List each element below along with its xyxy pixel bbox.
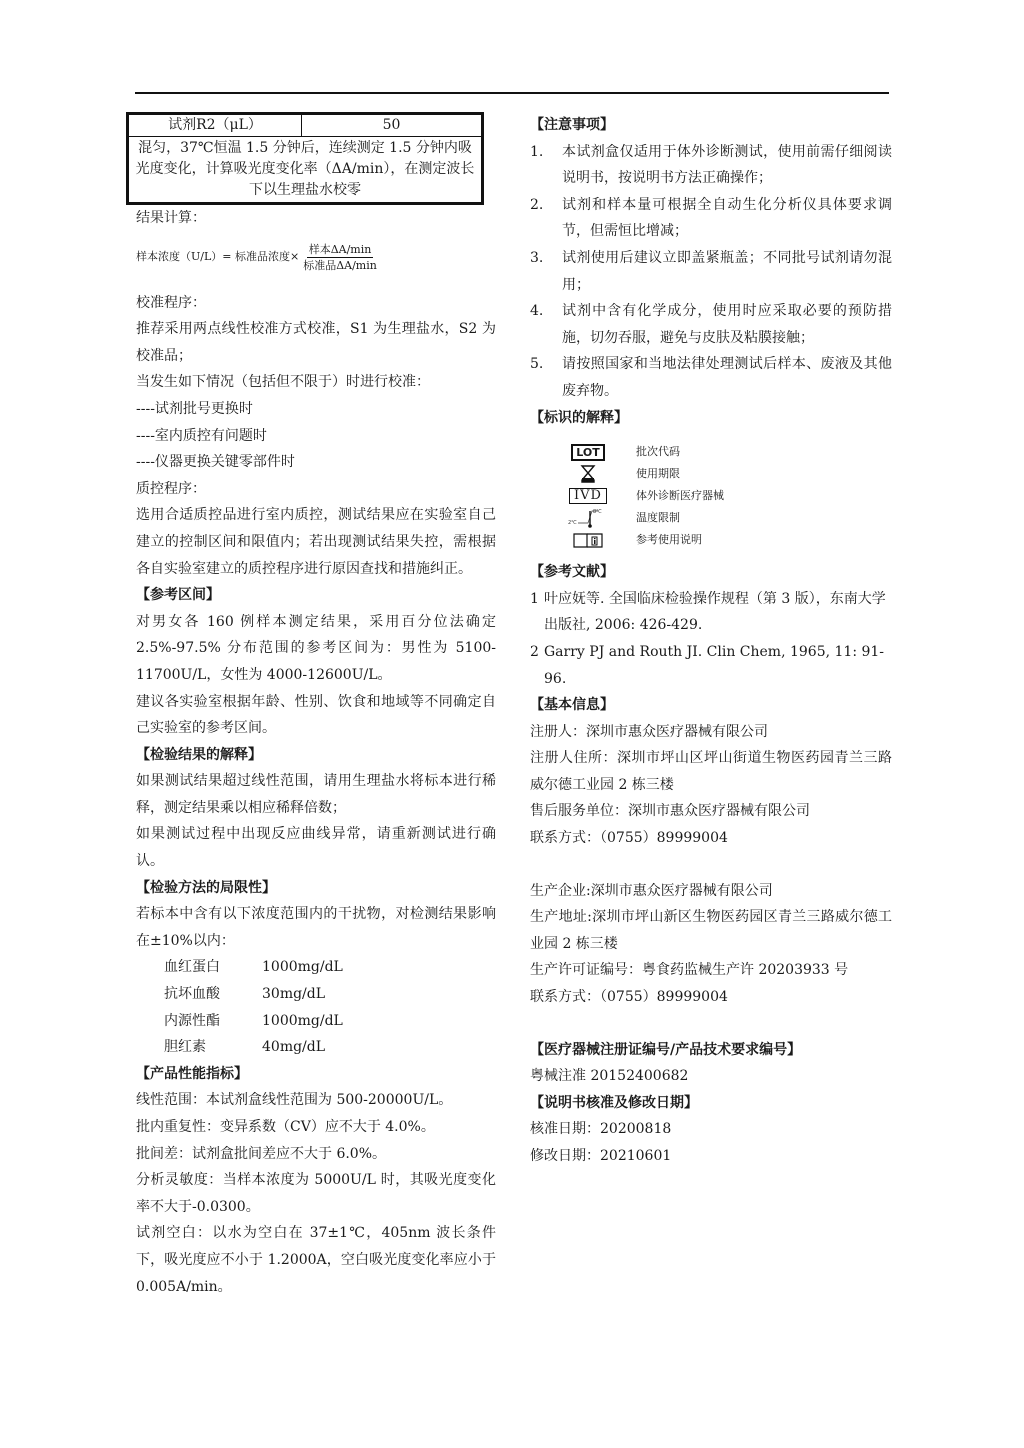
- symbol-row: LOT 批次代码: [566, 441, 892, 463]
- interferent-value: 1000mg/dL: [262, 954, 343, 981]
- svg-text:8℃: 8℃: [593, 509, 602, 515]
- reagent-label-cell: 试剂R2（μL）: [128, 114, 302, 137]
- list-item: 抗坏血酸 30mg/dL: [136, 981, 496, 1008]
- item-number: 2.: [530, 192, 562, 245]
- section-heading-performance: 【产品性能指标】: [136, 1061, 496, 1088]
- reference-text: Garry PJ and Routh JI. Clin Chem, 1965, …: [544, 639, 892, 692]
- performance-item: 分析灵敏度：当样本浓度为 5000U/L 时，其吸光度变化率不大于-0.0300…: [136, 1167, 496, 1220]
- interferent-value: 30mg/dL: [262, 981, 325, 1008]
- registrant-address: 注册人住所：深圳市坪山区坪山街道生物医药园青兰三路威尔德工业园 2 栋三楼: [530, 745, 892, 798]
- manufacturer: 生产企业:深圳市惠众医疗器械有限公司: [530, 878, 892, 905]
- left-column: 试剂R2（μL） 50 混匀，37℃恒温 1.5 分钟后，连续测定 1.5 分钟…: [136, 112, 496, 1300]
- table-row: 试剂R2（μL） 50: [128, 114, 483, 137]
- list-item: 胆红素 40mg/dL: [136, 1034, 496, 1061]
- interferent-name: 内源性酯: [136, 1008, 262, 1035]
- list-item: 5. 请按照国家和当地法律处理测试后样本、废液及其他废弃物。: [530, 351, 892, 404]
- symbol-row: 使用期限: [566, 463, 892, 485]
- list-item: 1. 本试剂盒仅适用于体外诊断测试，使用前需仔细阅读说明书，按说明书方法正确操作…: [530, 139, 892, 192]
- formula-fraction: 样本ΔA/min 标准品ΔA/min: [301, 242, 379, 273]
- symbol-label: 温度限制: [636, 507, 680, 529]
- list-item: 3. 试剂使用后建议立即盖紧瓶盖；不同批号试剂请勿混用；: [530, 245, 892, 298]
- list-item: 2 Garry PJ and Routh JI. Clin Chem, 1965…: [530, 639, 892, 692]
- interferent-list: 血红蛋白 1000mg/dL 抗坏血酸 30mg/dL 内源性酯 1000mg/…: [136, 954, 496, 1060]
- reference-text: 叶应妩等. 全国临床检验操作规程（第 3 版），东南大学出版社, 2006: 4…: [544, 586, 892, 639]
- formula-numerator: 样本ΔA/min: [307, 242, 374, 258]
- performance-item: 试剂空白：以水为空白在 37±1℃，405nm 波长条件下，吸光度应不小于 1.…: [136, 1220, 496, 1300]
- registration-number: 粤械注准 20152400682: [530, 1063, 892, 1090]
- symbol-row: 参考使用说明: [566, 529, 892, 551]
- calibration-item: ----室内质控有问题时: [136, 423, 496, 450]
- temperature-limit-icon: 2℃ 8℃: [568, 507, 608, 529]
- interpretation-text: 如果测试过程中出现反应曲线异常，请重新测试进行确认。: [136, 821, 496, 874]
- item-text: 试剂和样本量可根据全自动生化分析仪具体要求调节，但需恒比增减；: [562, 192, 892, 245]
- item-number: 3.: [530, 245, 562, 298]
- list-item: 血红蛋白 1000mg/dL: [136, 954, 496, 981]
- interferent-value: 40mg/dL: [262, 1034, 325, 1061]
- revision-date: 修改日期：20210601: [530, 1143, 892, 1170]
- calibration-text: 推荐采用两点线性校准方式校准，S1 为生理盐水，S2 为校准品；: [136, 316, 496, 369]
- after-sales-unit: 售后服务单位：深圳市惠众医疗器械有限公司: [530, 798, 892, 825]
- interferent-value: 1000mg/dL: [262, 1008, 343, 1035]
- section-heading-reference-interval: 【参考区间】: [136, 582, 496, 609]
- table-row: 混匀，37℃恒温 1.5 分钟后，连续测定 1.5 分钟内吸光度变化，计算吸光度…: [128, 137, 483, 204]
- header-rule: [135, 92, 889, 94]
- svg-text:2℃: 2℃: [568, 520, 577, 526]
- section-heading-limitations: 【检验方法的局限性】: [136, 875, 496, 902]
- item-text: 试剂中含有化学成分，使用时应采取必要的预防措施，切勿吞服，避免与皮肤及粘膜接触；: [562, 298, 892, 351]
- section-heading-dates: 【说明书核准及修改日期】: [530, 1090, 892, 1117]
- interferent-name: 血红蛋白: [136, 954, 262, 981]
- list-item: 内源性酯 1000mg/dL: [136, 1008, 496, 1035]
- qc-text: 选用合适质控品进行室内质控，测试结果应在实验室自己建立的控制区间和限值内；若出现…: [136, 502, 496, 582]
- precautions-list: 1. 本试剂盒仅适用于体外诊断测试，使用前需仔细阅读说明书，按说明书方法正确操作…: [530, 139, 892, 405]
- symbol-row: 2℃ 8℃ 温度限制: [566, 507, 892, 529]
- section-heading-references: 【参考文献】: [530, 559, 892, 586]
- performance-item: 批间差：试剂盒批间差应不大于 6.0%。: [136, 1141, 496, 1168]
- item-text: 请按照国家和当地法律处理测试后样本、废液及其他废弃物。: [562, 351, 892, 404]
- section-heading-basic-info: 【基本信息】: [530, 692, 892, 719]
- section-heading-precautions: 【注意事项】: [530, 112, 892, 139]
- limitations-text: 若标本中含有以下浓度范围内的干扰物，对检测结果影响在±10%以内：: [136, 901, 496, 954]
- calc-formula: 样本浓度（U/L）= 标准品浓度× 样本ΔA/min 标准品ΔA/min: [136, 240, 496, 276]
- lot-icon: LOT: [571, 444, 604, 461]
- hourglass-icon: [580, 465, 596, 483]
- symbol-label: 参考使用说明: [636, 529, 702, 551]
- qc-title: 质控程序：: [136, 476, 496, 503]
- calibration-item: ----试剂批号更换时: [136, 396, 496, 423]
- interpretation-text: 如果测试结果超过线性范围，请用生理盐水将标本进行稀释，测定结果乘以相应稀释倍数；: [136, 768, 496, 821]
- list-item: 2. 试剂和样本量可根据全自动生化分析仪具体要求调节，但需恒比增减；: [530, 192, 892, 245]
- item-text: 试剂使用后建议立即盖紧瓶盖；不同批号试剂请勿混用；: [562, 245, 892, 298]
- calibration-title: 校准程序：: [136, 290, 496, 317]
- result-calc-label: 结果计算：: [136, 205, 496, 232]
- item-number: 1: [530, 586, 544, 639]
- calibration-conditions: 当发生如下情况（包括但不限于）时进行校准：: [136, 369, 496, 396]
- item-number: 2: [530, 639, 544, 692]
- right-column: 【注意事项】 1. 本试剂盒仅适用于体外诊断测试，使用前需仔细阅读说明书，按说明…: [530, 112, 892, 1170]
- ivd-icon: IVD: [569, 488, 607, 504]
- symbol-legend: LOT 批次代码 使用期限 IVD 体外诊断医疗器械 2℃ 8℃: [566, 441, 892, 551]
- consult-instructions-icon: [573, 532, 603, 548]
- section-heading-symbols: 【标识的解释】: [530, 405, 892, 432]
- reference-list: 1 叶应妩等. 全国临床检验操作规程（第 3 版），东南大学出版社, 2006:…: [530, 586, 892, 692]
- reference-interval-advice: 建议各实验室根据年龄、性别、饮食和地域等不同确定自己实验室的参考区间。: [136, 689, 496, 742]
- symbol-row: IVD 体外诊断医疗器械: [566, 485, 892, 507]
- list-item: 4. 试剂中含有化学成分，使用时应采取必要的预防措施，切勿吞服，避免与皮肤及粘膜…: [530, 298, 892, 351]
- registrant: 注册人：深圳市惠众医疗器械有限公司: [530, 719, 892, 746]
- formula-denominator: 标准品ΔA/min: [301, 258, 379, 273]
- contact-phone: 联系方式：（0755）89999004: [530, 825, 892, 852]
- manufacture-address: 生产地址:深圳市坪山新区生物医药园区青兰三路威尔德工业园 2 栋三楼: [530, 904, 892, 957]
- item-number: 5.: [530, 351, 562, 404]
- section-heading-registration: 【医疗器械注册证编号/产品技术要求编号】: [530, 1037, 892, 1064]
- contact-phone: 联系方式：（0755）89999004: [530, 984, 892, 1011]
- reference-interval-text: 对男女各 160 例样本测定结果，采用百分位法确定 2.5%-97.5% 分布范…: [136, 609, 496, 689]
- item-text: 本试剂盒仅适用于体外诊断测试，使用前需仔细阅读说明书，按说明书方法正确操作；: [562, 139, 892, 192]
- calibration-item: ----仪器更换关键零部件时: [136, 449, 496, 476]
- approval-date: 核准日期：20200818: [530, 1116, 892, 1143]
- procedure-note-cell: 混匀，37℃恒温 1.5 分钟后，连续测定 1.5 分钟内吸光度变化，计算吸光度…: [128, 137, 483, 204]
- item-number: 1.: [530, 139, 562, 192]
- production-license: 生产许可证编号：粤食药监械生产许 20203933 号: [530, 957, 892, 984]
- reagent-table: 试剂R2（μL） 50 混匀，37℃恒温 1.5 分钟后，连续测定 1.5 分钟…: [126, 112, 484, 205]
- list-item: 1 叶应妩等. 全国临床检验操作规程（第 3 版），东南大学出版社, 2006:…: [530, 586, 892, 639]
- symbol-label: 体外诊断医疗器械: [636, 485, 724, 507]
- reagent-value-cell: 50: [302, 114, 483, 137]
- item-number: 4.: [530, 298, 562, 351]
- section-heading-interpretation: 【检验结果的解释】: [136, 742, 496, 769]
- interferent-name: 胆红素: [136, 1034, 262, 1061]
- formula-lhs: 样本浓度（U/L）= 标准品浓度×: [136, 244, 299, 271]
- performance-item: 批内重复性：变异系数（CV）应不大于 4.0%。: [136, 1114, 496, 1141]
- interferent-name: 抗坏血酸: [136, 981, 262, 1008]
- performance-item: 线性范围：本试剂盒线性范围为 500-20000U/L。: [136, 1087, 496, 1114]
- symbol-label: 批次代码: [636, 441, 680, 463]
- symbol-label: 使用期限: [636, 463, 680, 485]
